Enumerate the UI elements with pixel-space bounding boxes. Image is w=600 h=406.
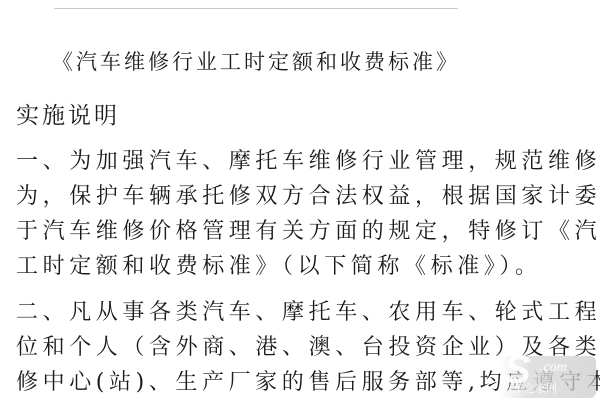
- paragraph-line: 于汽车维修价格管理有关方面的规定，特修订《汽车维修行业: [16, 214, 586, 249]
- watermark-logo: S .com 汽车之家网: [500, 356, 596, 398]
- paragraph-line: 一、为加强汽车、摩托车维修行业管理，规范维修市场经营行: [16, 144, 586, 179]
- paragraph-line: 二、凡从事各类汽车、摩托车、农用车、轮式工程车维修的单: [16, 295, 586, 330]
- watermark-domain: .com: [540, 360, 567, 376]
- section-heading: 实施说明: [16, 97, 120, 130]
- watermark-caption: 汽车之家网: [502, 380, 557, 396]
- paragraph-line: 为，保护车辆承托修双方合法权益，根据国家计委、交通部关: [16, 179, 586, 214]
- paragraph-1: 一、为加强汽车、摩托车维修行业管理，规范维修市场经营行 为，保护车辆承托修双方合…: [16, 144, 586, 284]
- top-rule: [54, 8, 458, 9]
- paragraph-line: 工时定额和收费标准》（以下简称《标准》）。: [16, 249, 586, 284]
- document-title: 《汽车维修行业工时定额和收费标准》: [0, 46, 512, 76]
